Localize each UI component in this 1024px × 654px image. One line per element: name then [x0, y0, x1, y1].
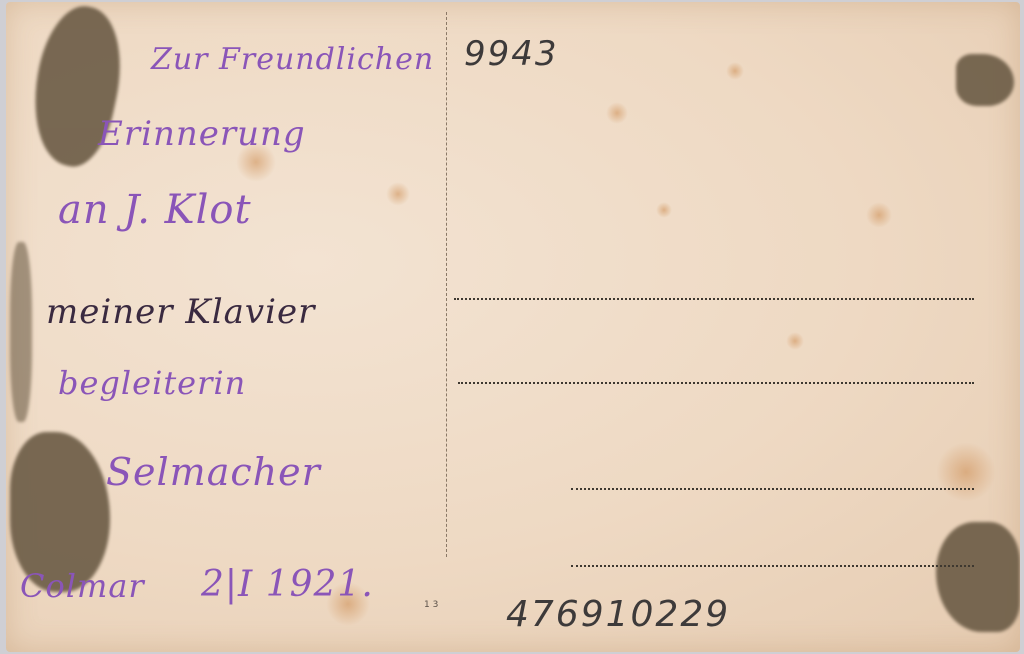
closing-date: 2|I 1921.	[201, 564, 374, 605]
stain	[786, 332, 804, 350]
address-line-3	[571, 488, 974, 490]
stain	[936, 442, 996, 502]
address-line-2	[458, 382, 974, 384]
pencil-number-top: 9943	[464, 34, 559, 74]
message-line-2: Erinnerung	[98, 114, 306, 154]
glue-residue	[956, 54, 1014, 106]
glue-residue	[936, 522, 1020, 632]
glue-residue	[10, 242, 32, 422]
stain	[726, 62, 744, 80]
address-line-1	[454, 298, 974, 300]
postcard-back: Zur Freundlichen Erinnerung an J. Klot m…	[6, 2, 1020, 652]
center-divider	[446, 12, 447, 557]
message-line-1: Zur Freundlichen	[151, 42, 434, 77]
print-mark: 1 3	[424, 600, 438, 610]
stain	[866, 202, 892, 228]
closing-place: Colmar	[20, 567, 145, 605]
message-line-5: begleiterin	[58, 364, 246, 402]
stain	[606, 102, 628, 124]
stain	[386, 182, 410, 206]
pencil-number-bottom: 476910229	[506, 594, 730, 635]
address-line-4	[571, 565, 974, 567]
message-line-6: Selmacher	[106, 450, 321, 494]
stain	[656, 202, 672, 218]
message-line-3: an J. Klot	[58, 187, 252, 233]
message-line-4: meiner Klavier	[46, 292, 315, 332]
